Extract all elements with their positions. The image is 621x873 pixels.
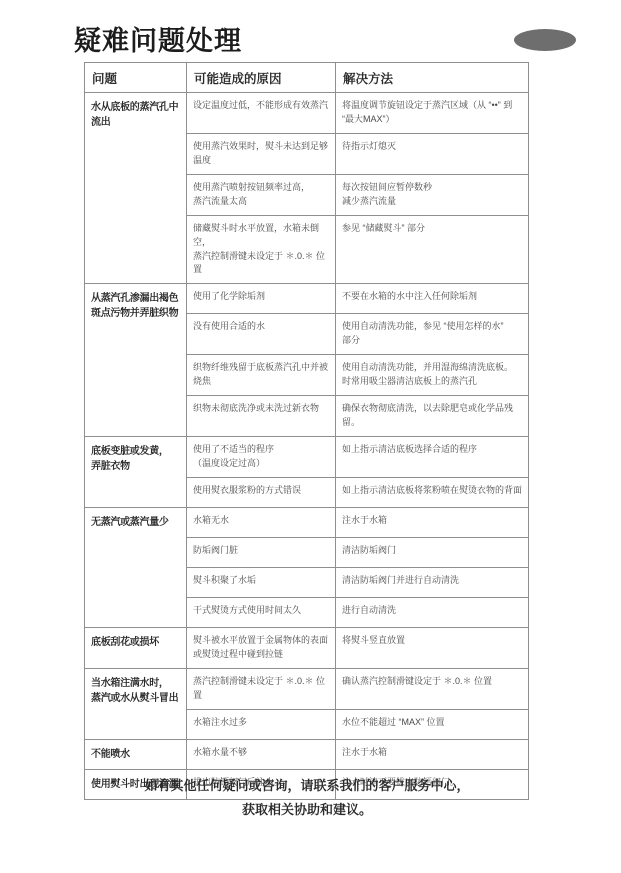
problem-cell: 底板变脏或发黄， 弄脏衣物: [85, 437, 187, 508]
column-header-3: 解决方法: [336, 63, 529, 93]
solution-cell: 不要在水箱的水中注入任何除垢剂: [336, 284, 529, 314]
cause-cell: 设定温度过低，不能形成有效蒸汽: [187, 93, 336, 134]
cause-cell: 水箱注水过多: [187, 709, 336, 739]
footer-line-2: 获取相关协助和建议。: [0, 798, 614, 822]
cause-cell: 使用了不适当的程序 （温度设定过高）: [187, 437, 336, 478]
cause-cell: 没有使用合适的水: [187, 314, 336, 355]
cause-cell: 使用了化学除垢剂: [187, 284, 336, 314]
solution-cell: 使用自动清洗功能，并用湿海绵清洗底板。 时常用吸尘器清洁底板上的蒸汽孔: [336, 355, 529, 396]
cause-cell: 防垢阀门脏: [187, 537, 336, 567]
solution-cell: 使用自动清洗功能，参见 “使用怎样的水” 部分: [336, 314, 529, 355]
solution-cell: 如上指示清洁底板将浆粉喷在熨烫衣物的背面: [336, 477, 529, 507]
manual-page: 疑难问题处理 问题可能造成的原因解决方法 水从底板的蒸汽孔中流出设定温度过低，不…: [0, 0, 621, 873]
cause-cell: 水箱无水: [187, 507, 336, 537]
solution-cell: 水位不能超过 “MAX” 位置: [336, 709, 529, 739]
solution-cell: 注水于水箱: [336, 507, 529, 537]
solution-cell: 将熨斗竖直放置: [336, 627, 529, 668]
column-header-2: 可能造成的原因: [187, 63, 336, 93]
cause-cell: 使用蒸汽效果时，熨斗未达到足够温度: [187, 133, 336, 174]
cause-cell: 织物未彻底洗净或未洗过新衣物: [187, 396, 336, 437]
troubleshooting-table: 问题可能造成的原因解决方法 水从底板的蒸汽孔中流出设定温度过低，不能形成有效蒸汽…: [84, 62, 529, 800]
table-row: 不能喷水水箱水量不够注水于水箱: [85, 739, 529, 769]
decorative-oval: [514, 29, 576, 51]
table-row: 从蒸汽孔渗漏出褐色斑点污物并弄脏织物使用了化学除垢剂不要在水箱的水中注入任何除垢…: [85, 284, 529, 314]
solution-cell: 清洁防垢阀门并进行自动清洗: [336, 567, 529, 597]
solution-cell: 将温度调节旋钮设定于蒸汽区域（从 “••” 到 “最大MAX”）: [336, 93, 529, 134]
solution-cell: 每次按钮间应暂停数秒 减少蒸汽流量: [336, 174, 529, 215]
cause-cell: 水箱水量不够: [187, 739, 336, 769]
table-body: 水从底板的蒸汽孔中流出设定温度过低，不能形成有效蒸汽将温度调节旋钮设定于蒸汽区域…: [85, 93, 529, 800]
problem-cell: 水从底板的蒸汽孔中流出: [85, 93, 187, 284]
footer-line-1: 如有其他任何疑问或咨询，请联系我们的客户服务中心，: [0, 774, 614, 798]
cause-cell: 干式熨烫方式使用时间太久: [187, 597, 336, 627]
problem-cell: 无蒸汽或蒸汽量少: [85, 507, 187, 627]
solution-cell: 清洁防垢阀门: [336, 537, 529, 567]
table-row: 当水箱注满水时， 蒸汽或水从熨斗冒出蒸汽控制滑键未设定于 ＊.0.＊ 位置确认蒸…: [85, 668, 529, 709]
footer-note: 如有其他任何疑问或咨询，请联系我们的客户服务中心， 获取相关协助和建议。: [0, 774, 614, 822]
table-row: 无蒸汽或蒸汽量少水箱无水注水于水箱: [85, 507, 529, 537]
table-row: 底板刮花或损坏熨斗被水平放置于金属物体的表面 或熨烫过程中碰到拉链将熨斗竖直放置: [85, 627, 529, 668]
table-header-row: 问题可能造成的原因解决方法: [85, 63, 529, 93]
solution-cell: 进行自动清洗: [336, 597, 529, 627]
solution-cell: 确保衣物彻底清洗，以去除肥皂或化学品残留。: [336, 396, 529, 437]
cause-cell: 储藏熨斗时水平放置，水箱未倒空， 蒸汽控制滑键未设定于 ＊.0.＊ 位置: [187, 215, 336, 284]
solution-cell: 待指示灯熄灭: [336, 133, 529, 174]
cause-cell: 蒸汽控制滑键未设定于 ＊.0.＊ 位置: [187, 668, 336, 709]
problem-cell: 底板刮花或损坏: [85, 627, 187, 668]
table-row: 底板变脏或发黄， 弄脏衣物使用了不适当的程序 （温度设定过高）如上指示清洁底板选…: [85, 437, 529, 478]
cause-cell: 使用熨衣服浆粉的方式错误: [187, 477, 336, 507]
table-header: 问题可能造成的原因解决方法: [85, 63, 529, 93]
cause-cell: 熨斗积聚了水垢: [187, 567, 336, 597]
solution-cell: 如上指示清洁底板选择合适的程序: [336, 437, 529, 478]
page-title: 疑难问题处理: [74, 19, 242, 58]
problem-cell: 不能喷水: [85, 739, 187, 769]
problem-cell: 当水箱注满水时， 蒸汽或水从熨斗冒出: [85, 668, 187, 739]
table-row: 水从底板的蒸汽孔中流出设定温度过低，不能形成有效蒸汽将温度调节旋钮设定于蒸汽区域…: [85, 93, 529, 134]
solution-cell: 注水于水箱: [336, 739, 529, 769]
cause-cell: 使用蒸汽喷射按钮频率过高， 蒸汽流量太高: [187, 174, 336, 215]
problem-cell: 从蒸汽孔渗漏出褐色斑点污物并弄脏织物: [85, 284, 187, 437]
cause-cell: 熨斗被水平放置于金属物体的表面 或熨烫过程中碰到拉链: [187, 627, 336, 668]
cause-cell: 织物纤维残留于底板蒸汽孔中并被 烧焦: [187, 355, 336, 396]
column-header-1: 问题: [85, 63, 187, 93]
solution-cell: 参见 “储藏熨斗” 部分: [336, 215, 529, 284]
solution-cell: 确认蒸汽控制滑键设定于 ＊.0.＊ 位置: [336, 668, 529, 709]
